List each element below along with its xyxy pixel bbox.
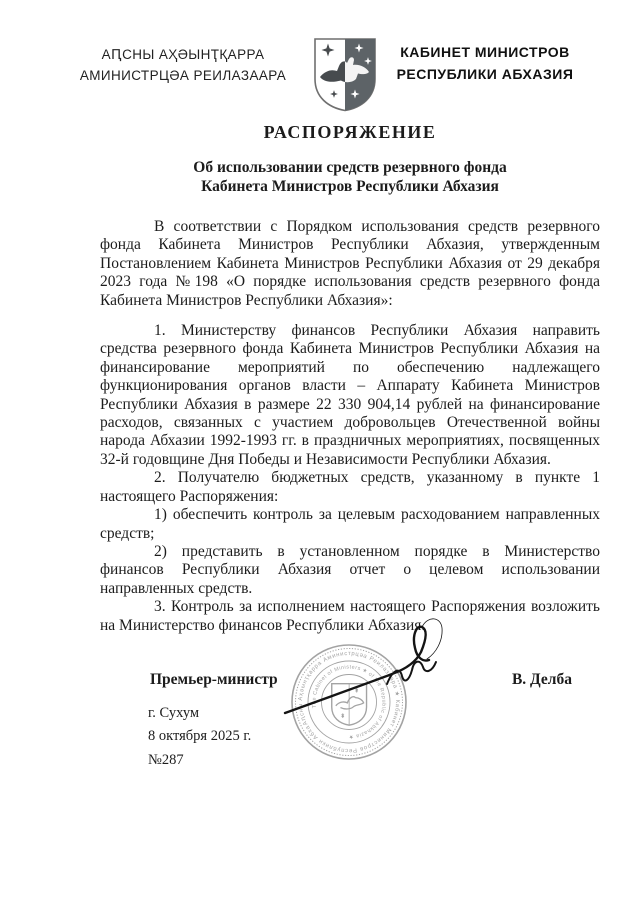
letterhead: АԤСНЫ АҲӘЫНҬҚАРРА АМИНИСТРЦӘА РЕИЛАЗААРА [0,0,640,120]
signature-city: г. Сухум [148,705,199,722]
doc-subject-line1: Об использовании средств резервного фонд… [100,158,600,177]
org-name-russian: КАБИНЕТ МИНИСТРОВ РЕСПУБЛИКИ АБХАЗИЯ [382,41,588,85]
item-1-paragraph: 1. Министерству финансов Республики Абха… [100,322,600,469]
doc-subject-line2: Кабинета Министров Республики Абхазия [100,177,600,196]
org-name-russian-line1: КАБИНЕТ МИНИСТРОВ [382,41,588,63]
doc-subject: Об использовании средств резервного фонд… [100,158,600,196]
doc-number: №287 [148,752,184,769]
signer-name: В. Делба [512,671,572,689]
item-2-sub-2-paragraph: 2) представить в установленном порядке в… [100,543,600,598]
item-2-paragraph: 2. Получателю бюджетных средств, указанн… [100,469,600,506]
signature-scrawl [266,612,451,732]
org-name-abkhaz: АԤСНЫ АҲӘЫНҬҚАРРА АМИНИСТРЦӘА РЕИЛАЗААРА [58,44,308,86]
preamble-paragraph: В соответствии с Порядком использования … [100,218,600,310]
org-name-abkhaz-line2: АМИНИСТРЦӘА РЕИЛАЗААРА [58,65,308,86]
item-2-sub-1-paragraph: 1) обеспечить контроль за целевым расход… [100,506,600,543]
signer-position-title: Премьер-министр [150,671,278,689]
document-page: АԤСНЫ АҲӘЫНҬҚАРРА АМИНИСТРЦӘА РЕИЛАЗААРА [0,0,640,905]
doc-type-title: РАСПОРЯЖЕНИЕ [100,122,600,143]
org-name-abkhaz-line1: АԤСНЫ АҲӘЫНҬҚАРРА [58,44,308,65]
org-name-russian-line2: РЕСПУБЛИКИ АБХАЗИЯ [382,63,588,85]
signature-date: 8 октября 2025 г. [148,728,251,745]
abkhazia-coat-of-arms-icon [312,36,378,114]
doc-body: В соответствии с Порядком использования … [100,218,600,635]
